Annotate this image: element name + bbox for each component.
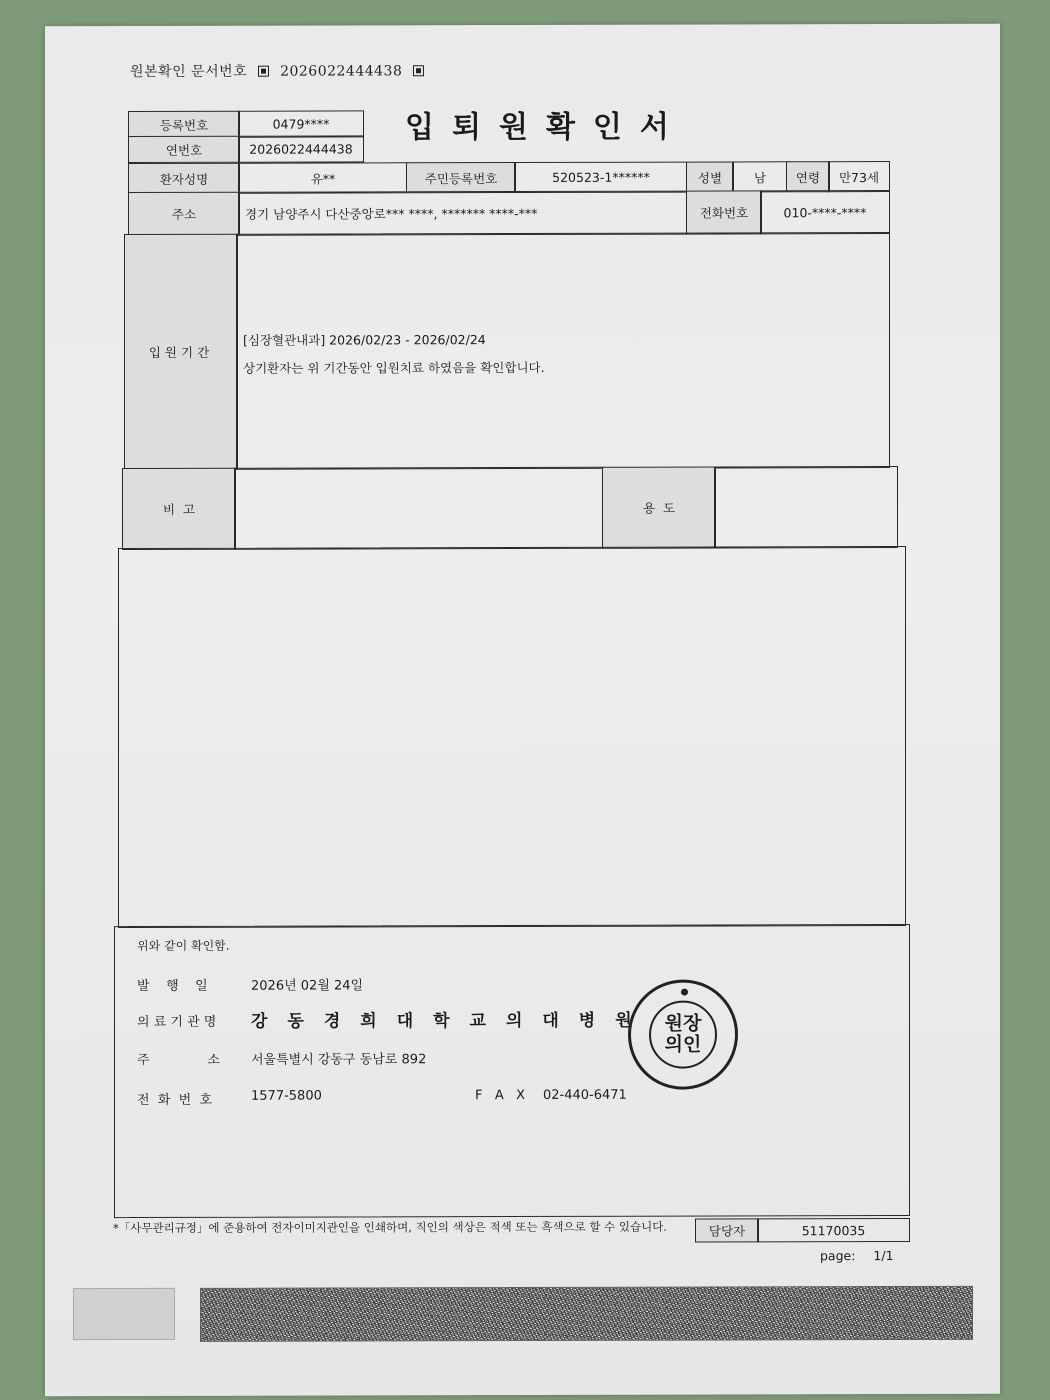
phone-label: 전화번호 xyxy=(686,190,762,234)
rrn-value: 520523-1****** xyxy=(514,162,688,193)
seal-dot xyxy=(681,989,688,996)
purpose-label: 용 도 xyxy=(602,466,716,548)
staff-label: 담당자 xyxy=(695,1218,759,1242)
sex-value: 남 xyxy=(732,161,788,192)
page-number: 1/1 xyxy=(873,1248,893,1263)
institution-address-value: 서울특별시 강동구 동남로 892 xyxy=(251,1048,426,1067)
patient-name-value: 유** xyxy=(238,162,408,193)
institution-phone-value: 1577-5800 xyxy=(251,1089,322,1104)
patient-name-label: 환자성명 xyxy=(128,163,240,194)
staff-id: 51170035 xyxy=(757,1218,910,1242)
document-title: 입퇴원확인서 xyxy=(405,102,687,147)
issue-date-label: 발 행 일 xyxy=(137,975,208,994)
confirmation-statement: 위와 같이 확인함. xyxy=(137,937,230,954)
institution-label: 의 료 기 관 명 xyxy=(137,1011,216,1030)
address-value: 경기 남양주시 다산중앙로*** ****, ******* ****-*** xyxy=(238,191,688,236)
institution-address-label: 주 소 xyxy=(137,1049,220,1068)
issue-date-value: 2026년 02월 24일 xyxy=(251,974,363,993)
rrn-label: 주민등록번호 xyxy=(406,162,516,193)
phone-value: 010-****-**** xyxy=(760,190,890,234)
age-label: 연령 xyxy=(786,161,830,192)
document-number: 2026022444438 xyxy=(280,63,402,79)
serial-value: 2026022444438 xyxy=(238,135,364,162)
hospital-watermark-emblem xyxy=(73,1288,175,1340)
seal-center: 원장 의인 xyxy=(649,1000,717,1068)
reg-no-label: 등록번호 xyxy=(128,111,240,138)
admission-period-cell: [심장혈관내과] 2026/02/23 - 2026/02/24 상기환자는 위… xyxy=(236,232,890,470)
remarks-value xyxy=(234,467,604,550)
footer-note: *「사무관리규정」에 준용하여 전자이미지관인을 인쇄하며, 직인의 색상은 적… xyxy=(113,1221,683,1235)
anti-forgery-pattern xyxy=(200,1286,973,1342)
seal-center-top: 원장 xyxy=(665,1014,702,1035)
official-seal-icon: 원장 의인 xyxy=(628,979,738,1089)
confirmation-block: 위와 같이 확인함. 발 행 일 2026년 02월 24일 의 료 기 관 명… xyxy=(114,924,910,1218)
fax-value: 02-440-6471 xyxy=(543,1088,627,1103)
reg-no-value: 0479**** xyxy=(238,110,364,137)
institution-phone-label: 전 화 번 호 xyxy=(137,1089,212,1108)
remarks-label: 비 고 xyxy=(122,468,236,550)
purpose-value xyxy=(714,466,898,548)
age-value: 만73세 xyxy=(828,161,890,192)
page-indicator: page: 1/1 xyxy=(820,1248,894,1263)
admission-confirmation-text: 상기환자는 위 기간동안 입원치료 하였음을 확인합니다. xyxy=(243,358,545,377)
blank-content-area xyxy=(118,546,906,928)
header-prefix: 원본확인 문서번호 xyxy=(130,64,247,80)
admission-period-label: 입원기간 xyxy=(124,234,238,470)
certificate-paper: 원본확인 문서번호 2026022444438 입퇴원확인서 등록번호 0479… xyxy=(45,24,1000,1397)
original-verification-header: 원본확인 문서번호 2026022444438 xyxy=(130,60,430,81)
page-label: page: xyxy=(820,1248,855,1263)
seal-center-bottom: 의인 xyxy=(665,1035,702,1056)
checkbox-square-icon xyxy=(413,65,424,76)
address-label: 주소 xyxy=(128,192,240,236)
checkbox-square-icon xyxy=(258,66,269,77)
fax-label: F A X xyxy=(475,1088,525,1103)
institution-name: 강동경희대학교의대병원 xyxy=(251,1006,652,1032)
serial-label: 연번호 xyxy=(128,136,240,163)
admission-dept-dates: [심장혈관내과] 2026/02/23 - 2026/02/24 xyxy=(243,330,486,349)
sex-label: 성별 xyxy=(686,161,734,192)
